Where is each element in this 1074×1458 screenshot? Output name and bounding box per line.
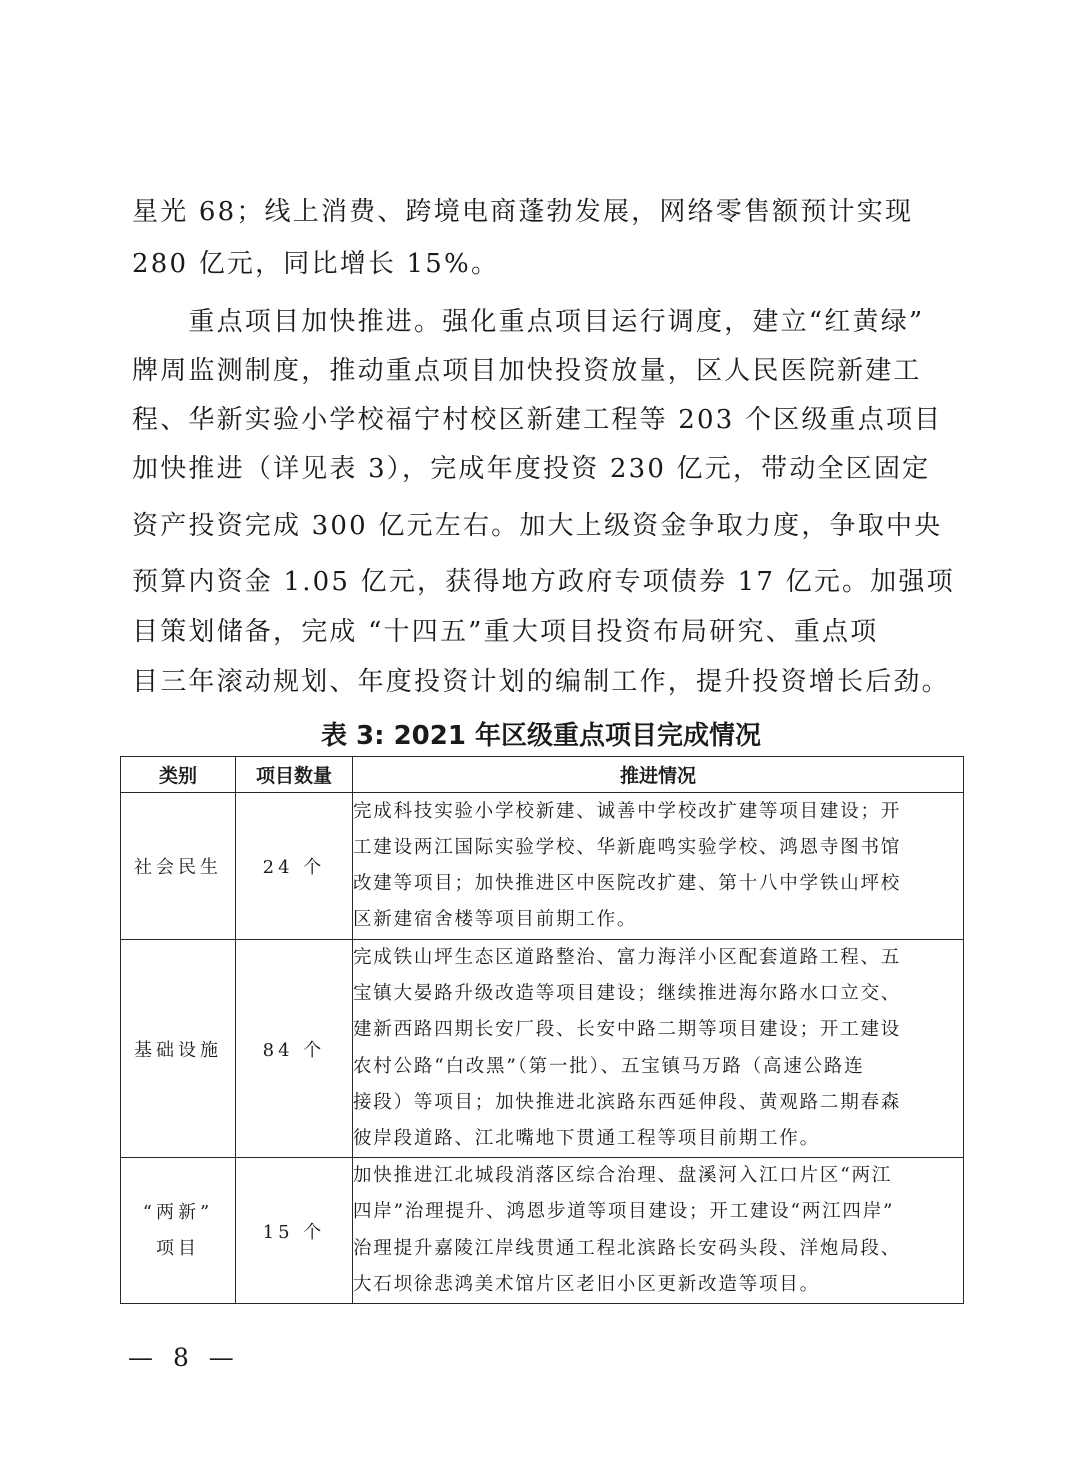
header-count: 项目数量: [236, 757, 353, 793]
table-row: 社会民生 24 个 完成科技实验小学校新建、诚善中学校改扩建等项目建设；开 工建…: [121, 793, 964, 940]
body-text-line: 加快推进（详见表 3），完成年度投资 230 亿元，带动全区固定: [132, 455, 944, 483]
project-table: 类别 项目数量 推进情况 社会民生 24 个 完成科技实验小学校新建、诚善中学校…: [120, 756, 964, 1304]
body-text-line: 目策划储备，完成 “十四五”重大项目投资布局研究、重点项: [132, 618, 944, 646]
table-caption: 表 3: 2021 年区级重点项目完成情况: [120, 720, 962, 752]
category-cell: 社会民生: [121, 793, 236, 940]
category-label: 社会民生: [134, 857, 222, 878]
progress-line: 完成铁山坪生态区道路整治、富力海洋小区配套道路工程、五: [353, 940, 963, 976]
header-category: 类别: [121, 757, 236, 793]
progress-line: 宝镇大晏路升级改造等项目建设；继续推进海尔路水口立交、: [353, 976, 963, 1012]
body-text-line: 牌周监测制度，推动重点项目加快投资放量，区人民医院新建工: [132, 357, 944, 385]
progress-line: 大石坝徐悲鸿美术馆片区老旧小区更新改造等项目。: [353, 1267, 963, 1303]
progress-line: 工建设两江国际实验学校、华新鹿鸣实验学校、鸿恩寺图书馆: [353, 830, 963, 866]
body-text-line: 目三年滚动规划、年度投资计划的编制工作，提升投资增长后劲。: [132, 668, 944, 696]
table-row: 基础设施 84 个 完成铁山坪生态区道路整治、富力海洋小区配套道路工程、五 宝镇…: [121, 940, 964, 1158]
table-row: “两新” 项目 15 个 加快推进江北城段消落区综合治理、盘溪河入江口片区“两江…: [121, 1158, 964, 1304]
body-text-line: 资产投资完成 300 亿元左右。加大上级资金争取力度，争取中央: [132, 512, 944, 540]
count-cell: 24 个: [236, 793, 353, 940]
progress-line: 四岸”治理提升、鸿恩步道等项目建设；开工建设“两江四岸”: [353, 1194, 963, 1230]
progress-cell: 加快推进江北城段消落区综合治理、盘溪河入江口片区“两江 四岸”治理提升、鸿恩步道…: [353, 1158, 964, 1304]
progress-line: 彼岸段道路、江北嘴地下贯通工程等项目前期工作。: [353, 1121, 963, 1157]
header-progress: 推进情况: [353, 757, 964, 793]
progress-cell: 完成铁山坪生态区道路整治、富力海洋小区配套道路工程、五 宝镇大晏路升级改造等项目…: [353, 940, 964, 1158]
progress-cell: 完成科技实验小学校新建、诚善中学校改扩建等项目建设；开 工建设两江国际实验学校、…: [353, 793, 964, 940]
progress-line: 改建等项目；加快推进区中医院改扩建、第十八中学铁山坪校: [353, 866, 963, 902]
category-cell: “两新” 项目: [121, 1158, 236, 1304]
progress-line: 接段）等项目；加快推进北滨路东西延伸段、黄观路二期春森: [353, 1085, 963, 1121]
count-cell: 84 个: [236, 940, 353, 1158]
progress-line: 加快推进江北城段消落区综合治理、盘溪河入江口片区“两江: [353, 1158, 963, 1194]
page-number: — 8 —: [128, 1343, 240, 1372]
progress-line: 区新建宿舍楼等项目前期工作。: [353, 902, 963, 938]
body-text-line: 预算内资金 1.05 亿元，获得地方政府专项债券 17 亿元。加强项: [132, 568, 944, 596]
progress-line: 治理提升嘉陵江岸线贯通工程北滨路长安码头段、洋炮局段、: [353, 1231, 963, 1267]
count-cell: 15 个: [236, 1158, 353, 1304]
category-cell: 基础设施: [121, 940, 236, 1158]
progress-line: 完成科技实验小学校新建、诚善中学校改扩建等项目建设；开: [353, 794, 963, 830]
category-label: 项目: [156, 1238, 200, 1259]
body-text-line: 星光 68；线上消费、跨境电商蓬勃发展，网络零售额预计实现: [132, 198, 944, 226]
body-text-line: 280 亿元，同比增长 15%。: [132, 250, 944, 278]
progress-line: 建新西路四期长安厂段、长安中路二期等项目建设；开工建设: [353, 1012, 963, 1048]
category-label: 基础设施: [134, 1040, 222, 1061]
body-text-line: 重点项目加快推进。强化重点项目运行调度，建立“红黄绿”: [132, 308, 944, 336]
progress-line: 农村公路“白改黑”（第一批）、五宝镇马万路（高速公路连: [353, 1049, 963, 1085]
table-header-row: 类别 项目数量 推进情况: [121, 757, 964, 793]
category-label: “两新”: [143, 1202, 213, 1223]
body-text-line: 程、华新实验小学校福宁村校区新建工程等 203 个区级重点项目: [132, 406, 944, 434]
